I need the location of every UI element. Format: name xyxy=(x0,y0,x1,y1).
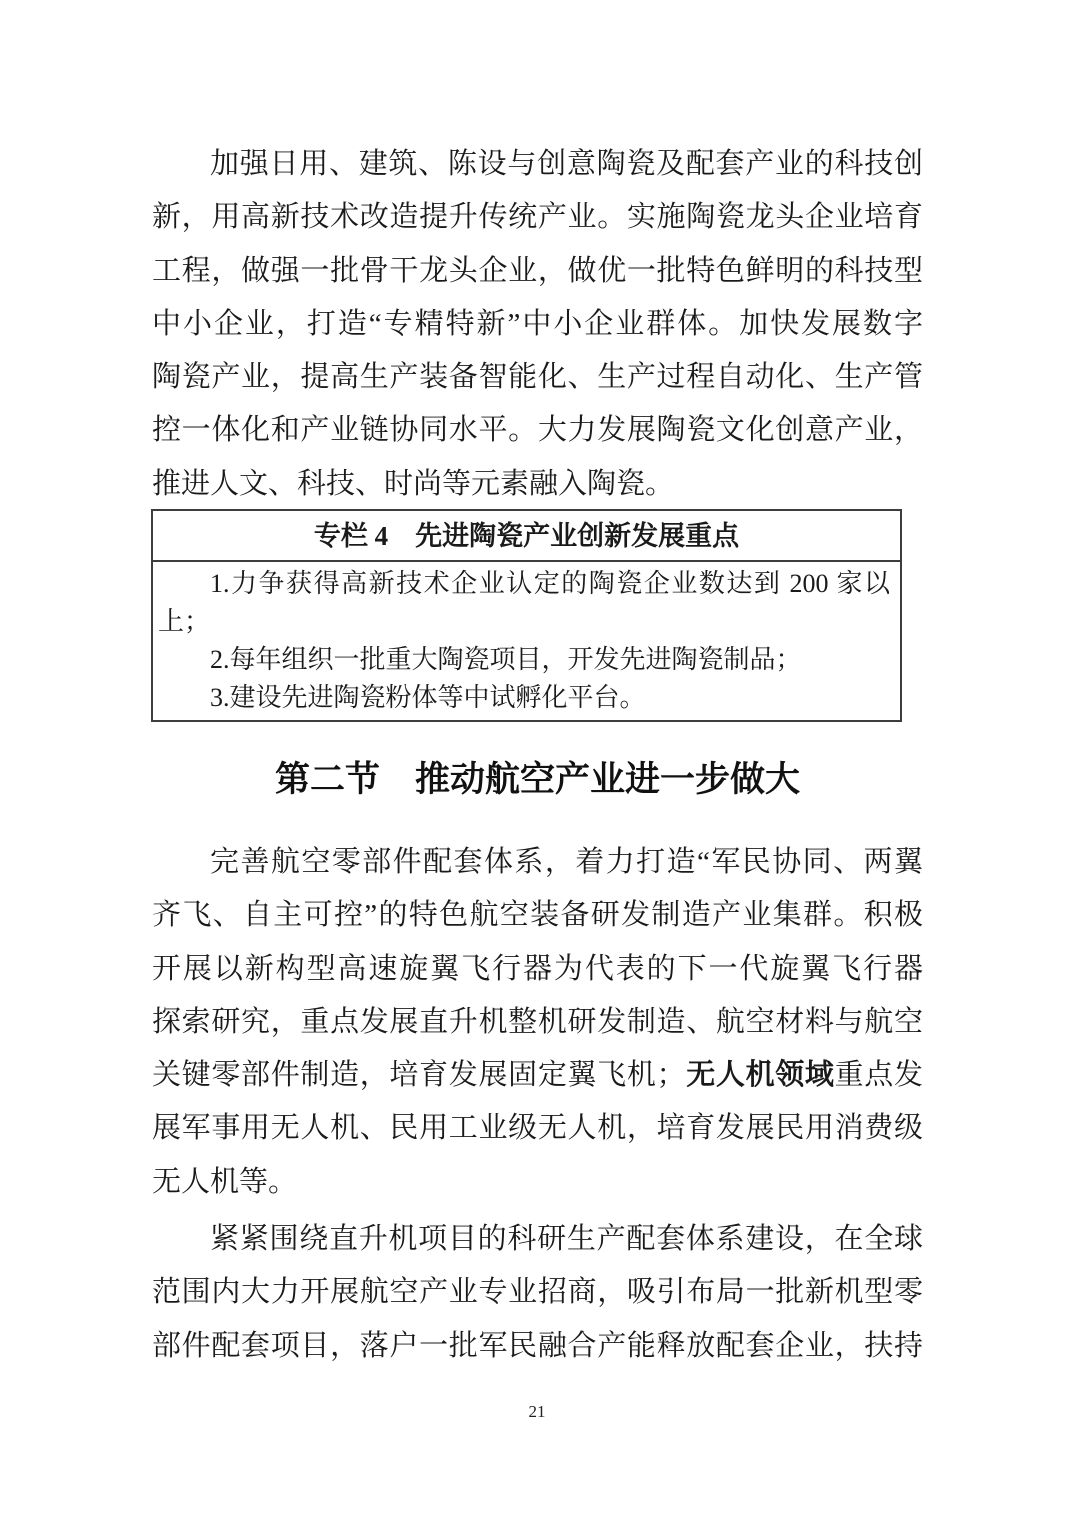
bold-text-segment: 无人机领域 xyxy=(686,1059,835,1091)
box-item-line: 1.力争获得高新技术企业认定的陶瓷企业数达到 200 家以 xyxy=(158,565,890,603)
text-line: 紧紧围绕直升机项目的科研生产配套体系建设，在全球 xyxy=(152,1213,923,1266)
text-line: 展军事用无人机、民用工业级无人机，培育发展民用消费级 xyxy=(152,1102,923,1155)
paragraph-investment: 紧紧围绕直升机项目的科研生产配套体系建设，在全球 范围内大力开展航空产业专业招商… xyxy=(152,1213,923,1373)
text-line: 加强日用、建筑、陈设与创意陶瓷及配套产业的科技创 xyxy=(152,138,923,191)
text-line: 探索研究，重点发展直升机整机研发制造、航空材料与航空 xyxy=(152,996,923,1049)
text-line: 中小企业，打造“专精特新”中小企业群体。加快发展数字 xyxy=(152,298,923,351)
text-line: 工程，做强一批骨干龙头企业，做优一批特色鲜明的科技型 xyxy=(152,245,923,298)
box-content: 1.力争获得高新技术企业认定的陶瓷企业数达到 200 家以 上； 2.每年组织一… xyxy=(153,562,900,717)
text-line: 控一体化和产业链协同水平。大力发展陶瓷文化创意产业， xyxy=(152,404,923,457)
text-line: 无人机等。 xyxy=(152,1156,923,1209)
section-heading: 第二节 推动航空产业进一步做大 xyxy=(152,752,923,808)
text-line: 齐飞、自主可控”的特色航空装备研发制造产业集群。积极 xyxy=(152,889,923,942)
paragraph-aviation: 完善航空零部件配套体系，着力打造“军民协同、两翼 齐飞、自主可控”的特色航空装备… xyxy=(152,836,923,1209)
page-number: 21 xyxy=(0,1402,1074,1422)
document-page: 加强日用、建筑、陈设与创意陶瓷及配套产业的科技创 新，用高新技术改造提升传统产业… xyxy=(0,0,1074,1520)
box-item-line: 上； xyxy=(158,603,890,641)
box-item-line: 2.每年组织一批重大陶瓷项目，开发先进陶瓷制品； xyxy=(158,641,890,679)
text-segment: 重点发 xyxy=(835,1059,923,1091)
text-line: 开展以新构型高速旋翼飞行器为代表的下一代旋翼飞行器 xyxy=(152,943,923,996)
paragraph-ceramics: 加强日用、建筑、陈设与创意陶瓷及配套产业的科技创 新，用高新技术改造提升传统产业… xyxy=(152,138,923,511)
text-line: 新，用高新技术改造提升传统产业。实施陶瓷龙头企业培育 xyxy=(152,191,923,244)
text-line: 部件配套项目，落户一批军民融合产能释放配套企业，扶持 xyxy=(152,1320,923,1373)
text-line: 关键零部件制造，培育发展固定翼飞机；无人机领域重点发 xyxy=(152,1049,923,1102)
text-line: 陶瓷产业，提高生产装备智能化、生产过程自动化、生产管 xyxy=(152,351,923,404)
box-title: 专栏 4 先进陶瓷产业创新发展重点 xyxy=(153,511,900,562)
box-item-line: 3.建设先进陶瓷粉体等中试孵化平台。 xyxy=(158,679,890,717)
text-line: 完善航空零部件配套体系，着力打造“军民协同、两翼 xyxy=(152,836,923,889)
text-line: 推进人文、科技、时尚等元素融入陶瓷。 xyxy=(152,458,923,511)
column-box-4: 专栏 4 先进陶瓷产业创新发展重点 1.力争获得高新技术企业认定的陶瓷企业数达到… xyxy=(151,509,902,722)
text-segment: 关键零部件制造，培育发展固定翼飞机； xyxy=(152,1059,686,1091)
text-line: 范围内大力开展航空产业专业招商，吸引布局一批新机型零 xyxy=(152,1266,923,1319)
